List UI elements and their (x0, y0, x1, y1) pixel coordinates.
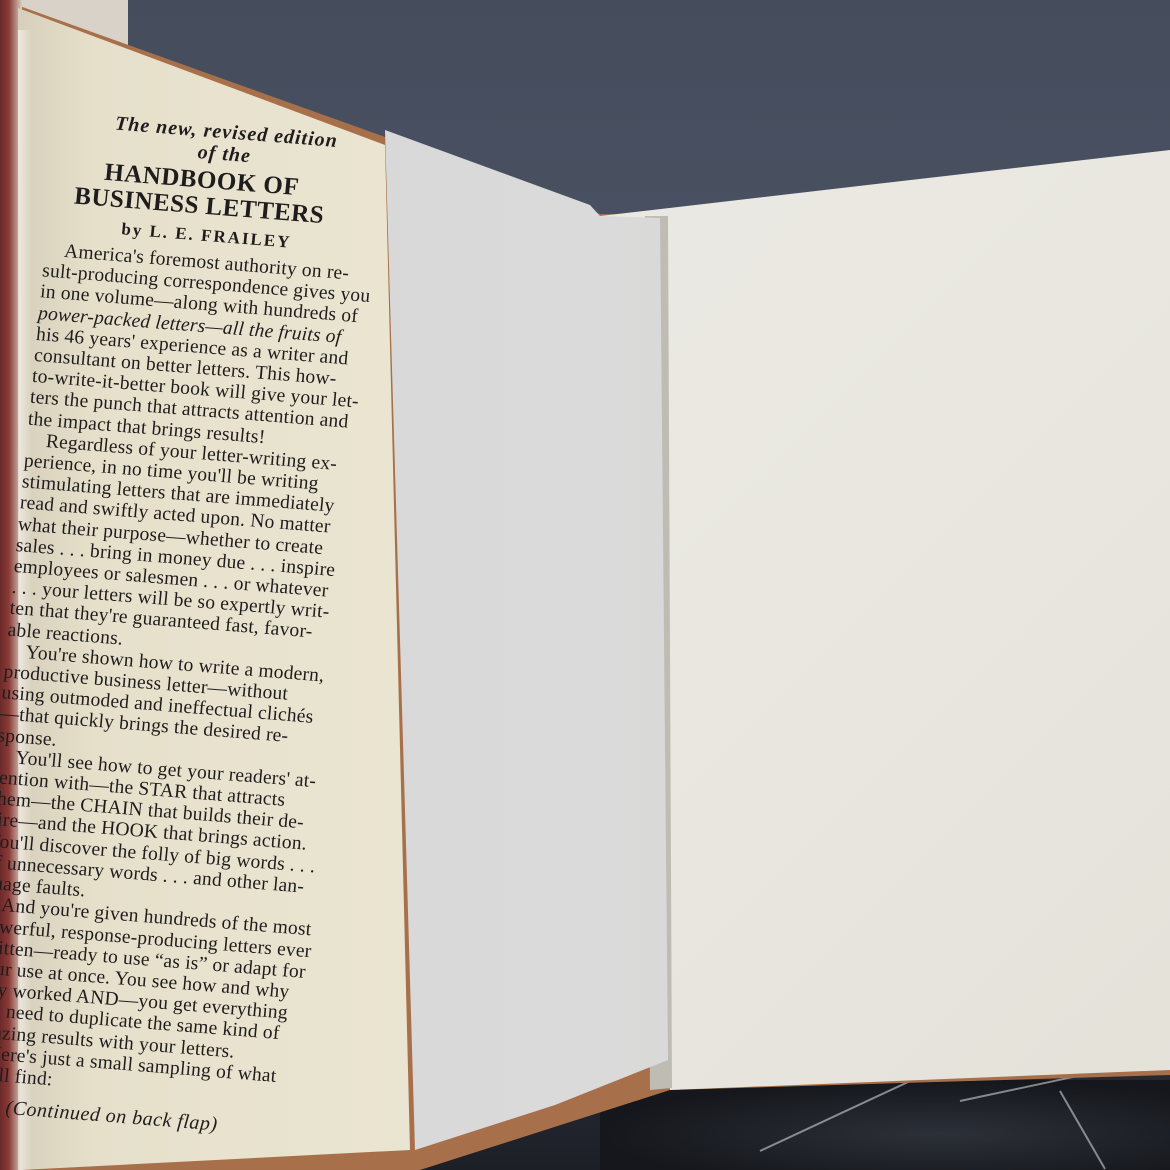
blurb-paragraph: America's foremost authority on re- sult… (27, 239, 344, 452)
blurb-paragraph: You'll see how to get your readers' at- … (0, 746, 296, 917)
blurb-paragraph: And you're given hundreds of the most po… (0, 894, 281, 1065)
blurb-paragraph: Regardless of your letter-writing ex- pe… (7, 429, 326, 664)
